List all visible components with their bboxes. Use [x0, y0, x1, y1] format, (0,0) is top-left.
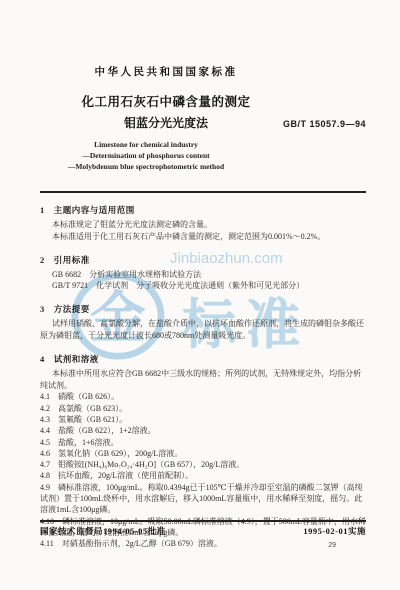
document-page: Jinbiaozhun.com 金 标准 中华人民共和国国家标准 化工用石灰石中… [0, 0, 400, 590]
section-heading: 3 方法提要 [40, 303, 366, 315]
paragraph: 本标准适用于化工用石灰石产品中磷含量的测定，测定范围为0.001%～0.2%。 [40, 231, 366, 243]
document-footer: 国家技术监督局1994-05-05批准 1995-02-01实施 29 [40, 520, 366, 537]
section-scope: 1 主题内容与适用范围 本标准规定了钼蓝分光光度法测定磷的含量。 本标准适用于化… [40, 204, 366, 243]
section-method-summary: 3 方法提要 试样用硝酸、高氯酸分解，在盐酸介质中，以抗坏血酸作还原剂，将生成的… [40, 303, 366, 342]
reagent-item: 4.1 硝酸（GB 626）。 [40, 391, 366, 402]
approval-text: 国家技术监督局1994-05-05批准 [40, 525, 166, 537]
reagent-item: 4.4 盐酸（GB 622），1+2溶液。 [40, 425, 366, 436]
reagent-item: 4.9 磷标准溶液，100μg/mL。称取0.4394g已于105℃干燥并冷却至… [40, 482, 366, 516]
document-title-zh: 化工用石灰石中磷含量的测定 [40, 92, 292, 110]
reference-item: GB/T 9721 化学试剂 分子吸收分光光度法通则（紫外和可见光部分） [40, 280, 366, 292]
header-block: 中华人民共和国国家标准 化工用石灰石中磷含量的测定 [40, 64, 292, 110]
section-references: 2 引用标准 GB 6682 分析实验室用水规格和试验方法 GB/T 9721 … [40, 254, 366, 293]
paragraph: 试样用硝酸、高氯酸分解，在盐酸介质中，以抗坏血酸作还原剂，将生成的磷钼杂多酸还原… [40, 318, 366, 342]
reagent-item: 4.2 高氯酸（GB 623）。 [40, 403, 366, 414]
document-subtitle-zh: 钼蓝分光光度法 [40, 114, 292, 131]
document-content: 中华人民共和国国家标准 化工用石灰石中磷含量的测定 钼蓝分光光度法 GB/T 1… [40, 60, 366, 550]
english-title-block: Limestone for chemical industry —Determi… [40, 139, 292, 172]
section-heading: 1 主题内容与适用范围 [40, 204, 366, 216]
footer-divider [40, 520, 366, 522]
title-en-line2: —Determination of phosphorus content [40, 150, 252, 161]
national-standard-label: 中华人民共和国国家标准 [40, 64, 292, 79]
title-en-line1: Limestone for chemical industry [40, 139, 252, 150]
page-number: 29 [328, 542, 336, 549]
implementation-text: 1995-02-01实施 [303, 525, 366, 537]
section-heading: 4 试剂和溶液 [40, 353, 366, 365]
reagent-item: 4.3 氢氟酸（GB 621）。 [40, 414, 366, 425]
paragraph: 本标准规定了钼蓝分光光度法测定磷的含量。 [40, 219, 366, 231]
standard-number: GB/T 15057.9—94 [283, 119, 366, 129]
reference-item: GB 6682 分析实验室用水规格和试验方法 [40, 269, 366, 281]
subtitle-row: 钼蓝分光光度法 GB/T 15057.9—94 [40, 114, 366, 129]
reagent-item: 4.7 钼酸铵[(NH₄)₆Mo₇O₂₄·4H₂O]（GB 657），20g/L… [40, 459, 366, 470]
document-title-en: Limestone for chemical industry —Determi… [40, 139, 252, 172]
reagent-item: 4.8 抗坏血酸，20g/L溶液（使用前配制）。 [40, 470, 366, 481]
title-en-line3: —Molybdenum blue spectrophotometric meth… [40, 161, 252, 172]
reagent-item: 4.11 对硝基酚指示剂，2g/L乙醇（GB 679）溶液。 [40, 538, 366, 549]
header-divider [40, 191, 366, 193]
paragraph: 本标准中所用水应符合GB 6682中三级水的规格；所列的试剂，无特殊规定外，均指… [40, 368, 366, 392]
reagent-item: 4.5 盐酸，1+6溶液。 [40, 437, 366, 448]
section-heading: 2 引用标准 [40, 254, 366, 266]
reagent-item: 4.6 氢氧化钠（GB 629），200g/L溶液。 [40, 448, 366, 459]
